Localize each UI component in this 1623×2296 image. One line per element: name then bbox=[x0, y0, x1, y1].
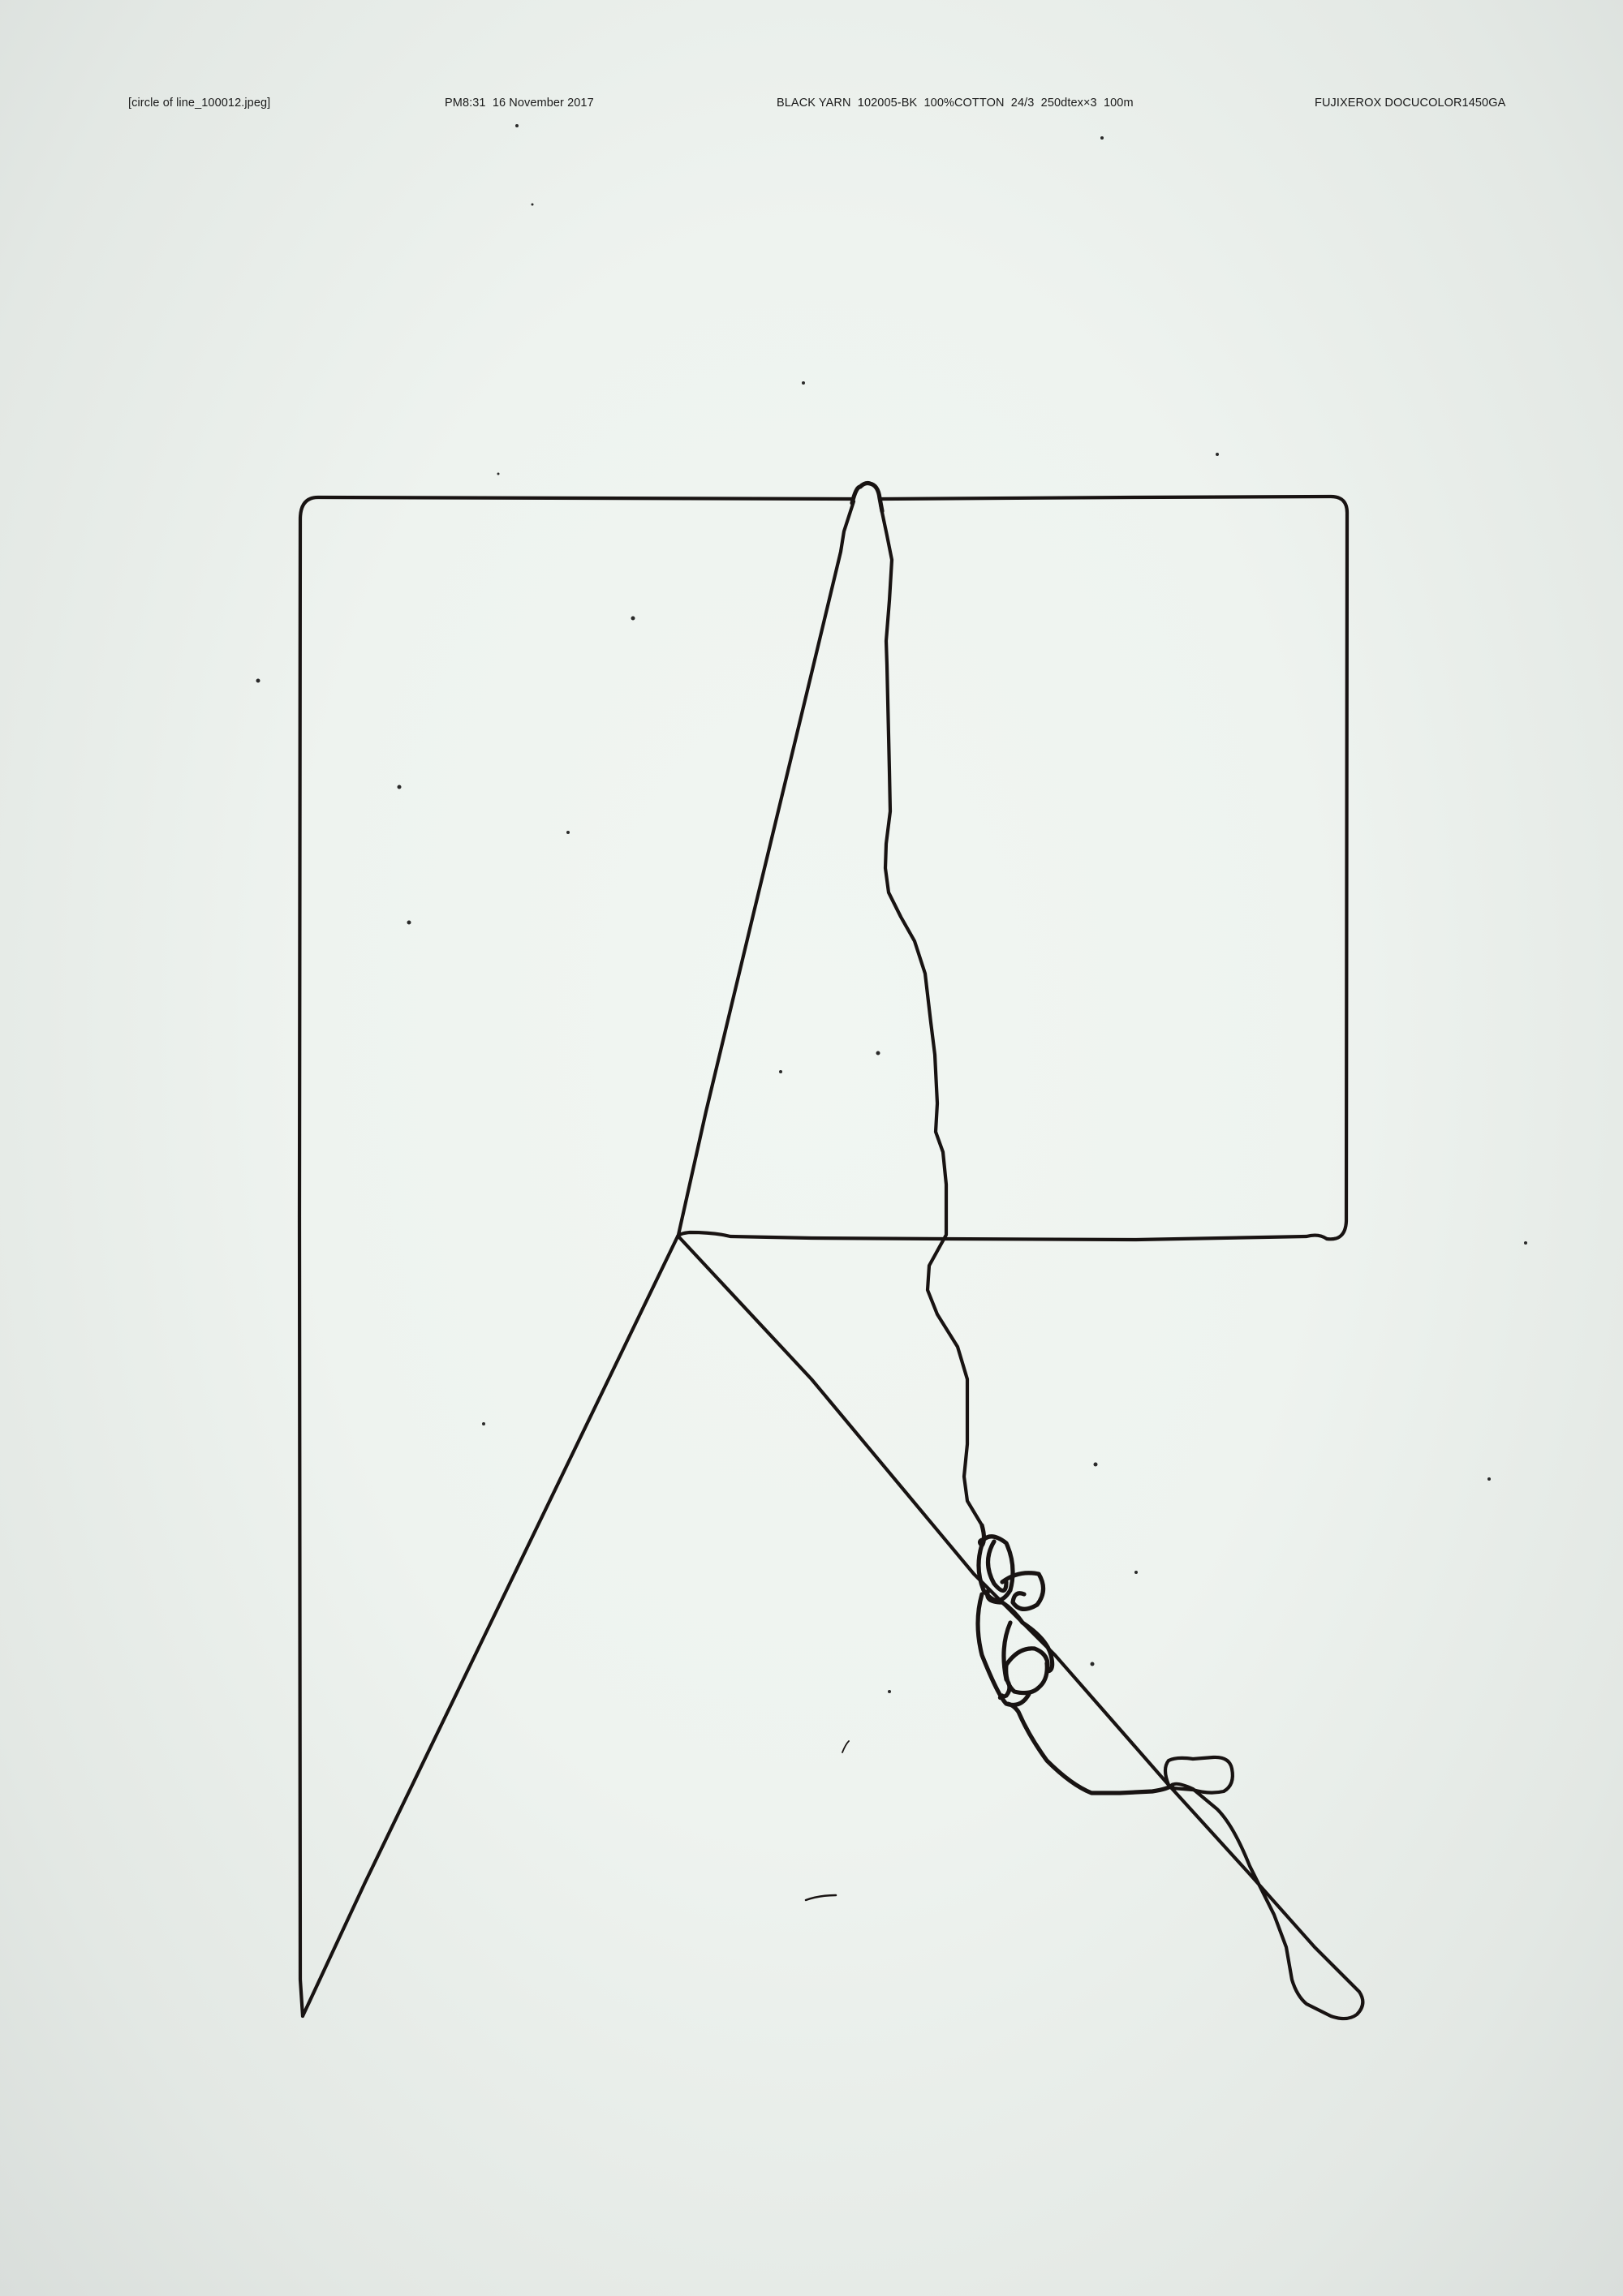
paper-specks bbox=[256, 124, 1528, 1693]
yarn-drawing bbox=[0, 0, 1623, 2296]
yarn-lower-diagonal bbox=[678, 1236, 1363, 2019]
yarn-top-edge bbox=[678, 497, 1347, 1240]
stray-fiber bbox=[806, 1895, 836, 1900]
yarn-apex-loop bbox=[852, 484, 882, 512]
yarn-left-edge bbox=[299, 497, 852, 2016]
stray-fiber bbox=[842, 1741, 849, 1752]
yarn-knot bbox=[978, 1525, 1173, 1793]
yarn-left-diagonal bbox=[303, 501, 854, 2016]
yarn-small-loop bbox=[1165, 1757, 1233, 1793]
yarn-wavy-vertical bbox=[880, 505, 982, 1525]
